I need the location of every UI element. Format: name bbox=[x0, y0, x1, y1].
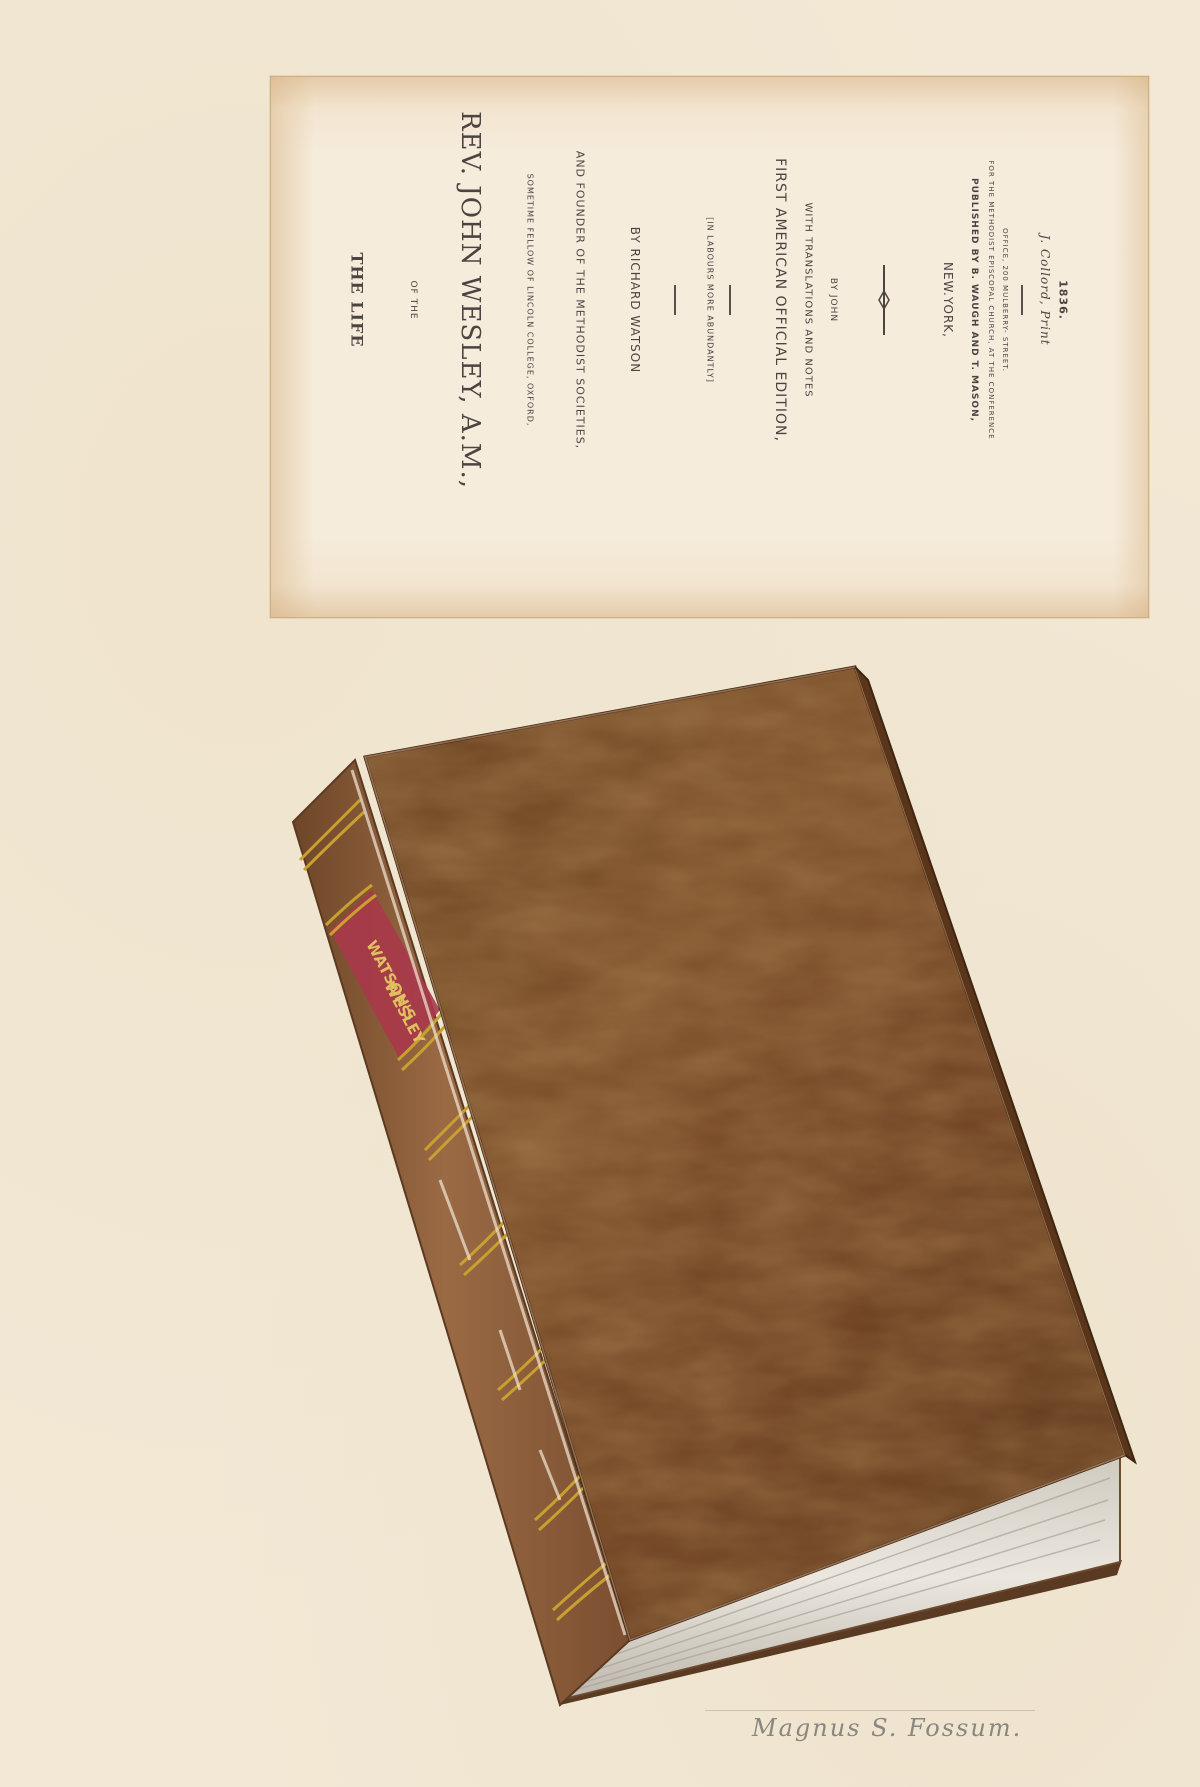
book-front-cover bbox=[365, 667, 1135, 1640]
artist-signature: Magnus S. Fossum. bbox=[752, 1714, 1022, 1742]
signature-baseline bbox=[705, 1710, 1035, 1711]
book-illustration: WATSON'S WESLEY bbox=[0, 0, 1200, 1787]
